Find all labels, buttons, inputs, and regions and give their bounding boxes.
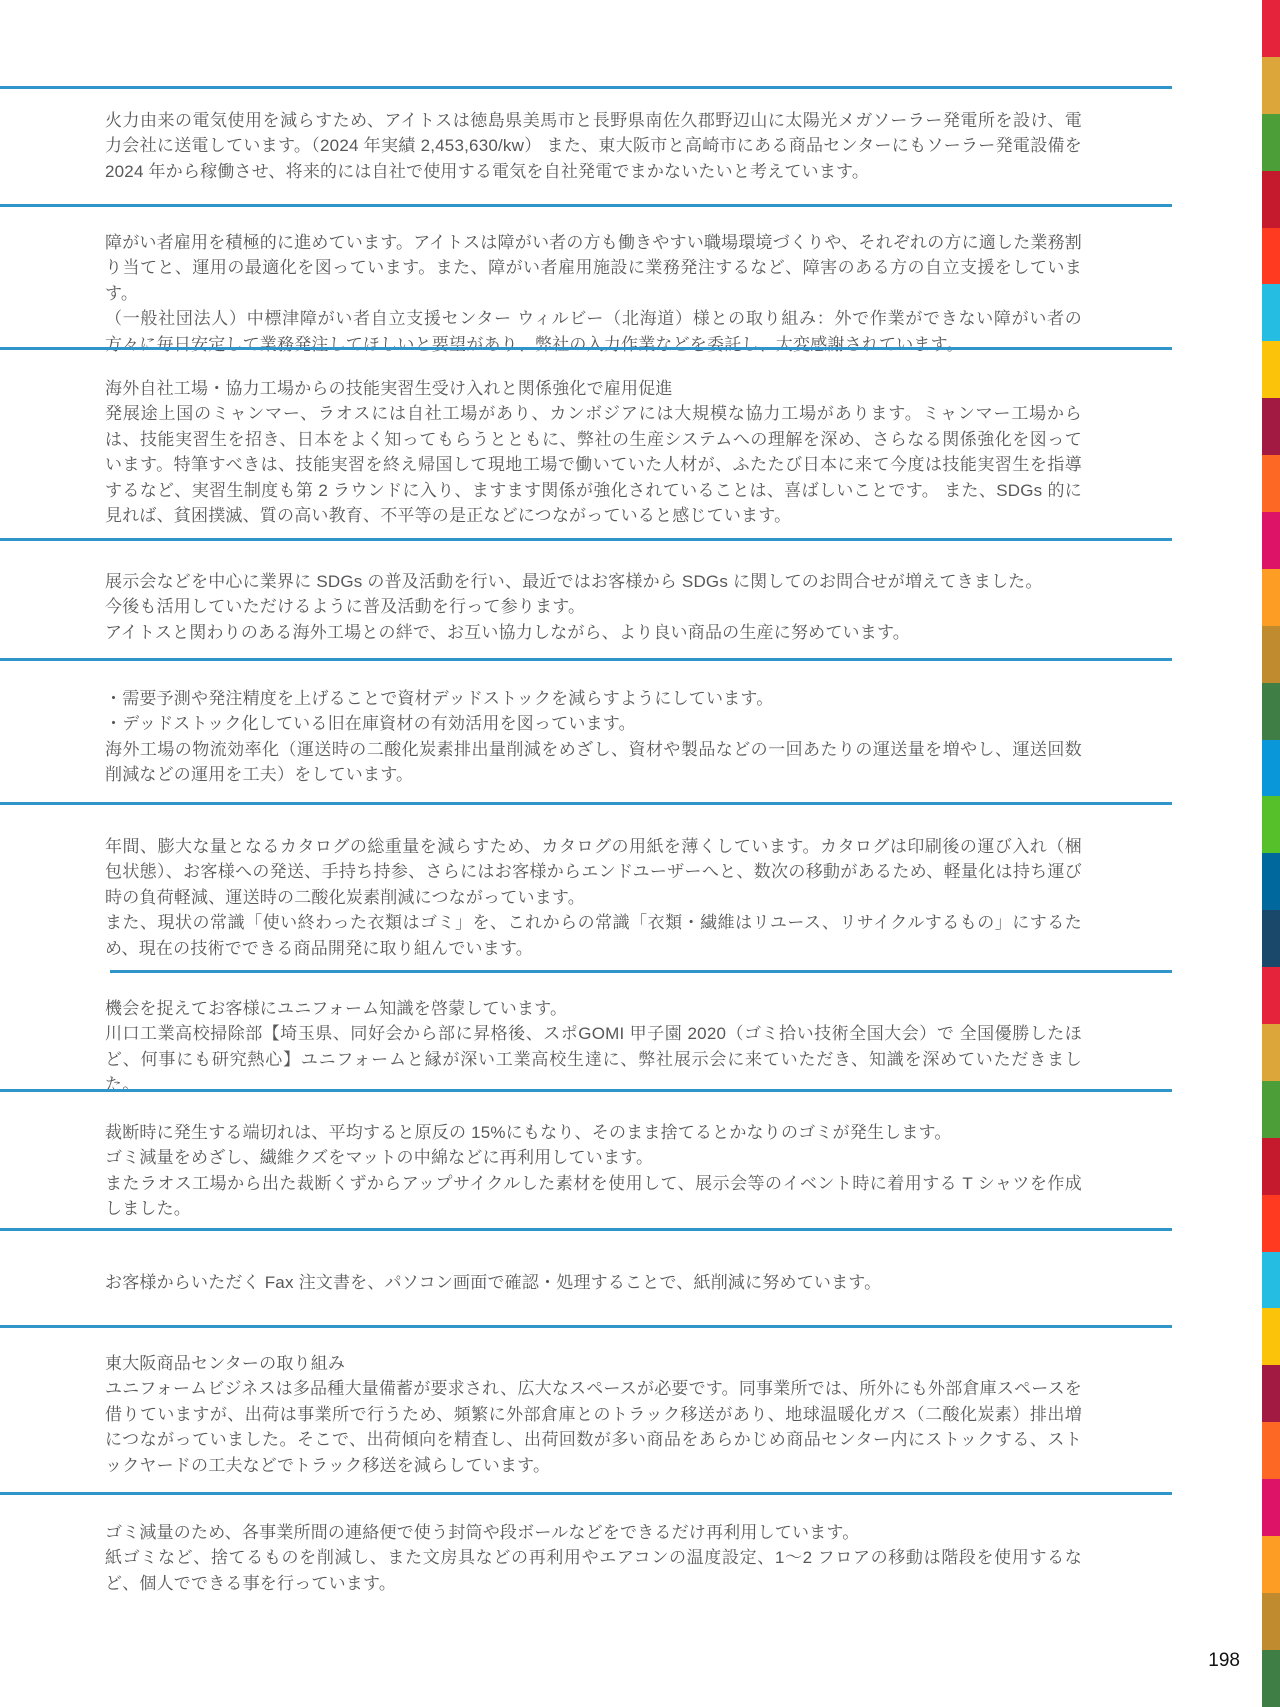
sdg-color-square <box>1262 1252 1280 1309</box>
sdg-color-square <box>1262 1422 1280 1479</box>
paragraph: 火力由来の電気使用を減らすため、アイトスは徳島県美馬市と長野県南佐久郡野辺山に太… <box>105 108 1082 184</box>
section-paragraphs: 東大阪商品センターの取り組みユニフォームビジネスは多品種大量備蓄が要求され、広大… <box>105 1351 1082 1478</box>
section-divider <box>0 802 1172 805</box>
sdg-color-square <box>1262 1593 1280 1650</box>
paragraph: 海外自社工場・協力工場からの技能実習生受け入れと関係強化で雇用促進 <box>105 376 1082 401</box>
section-paragraphs: 海外自社工場・協力工場からの技能実習生受け入れと関係強化で雇用促進発展途上国のミ… <box>105 376 1082 528</box>
sdg-color-square <box>1262 1024 1280 1081</box>
section-paragraphs: ・需要予測や発注精度を上げることで資材デッドストックを減らすようにしています。・… <box>105 686 1082 788</box>
sdg-color-square <box>1262 0 1280 57</box>
section-divider <box>0 1089 1172 1092</box>
paragraph: ゴミ減量をめざし、繊維クズをマットの中綿などに再利用しています。 <box>105 1145 1082 1170</box>
sdg-color-square <box>1262 1365 1280 1422</box>
section-divider <box>0 1325 1172 1328</box>
sdg-color-square <box>1262 228 1280 285</box>
sdg-color-square <box>1262 455 1280 512</box>
paragraph: 裁断時に発生する端切れは、平均すると原反の 15%にもなり、そのまま捨てるとかな… <box>105 1120 1082 1145</box>
section-divider <box>0 86 1172 89</box>
sdg-color-square <box>1262 853 1280 910</box>
section-divider <box>0 658 1172 661</box>
paragraph: 今後も活用していただけるように普及活動を行って参ります。 <box>105 594 1082 619</box>
sdg-color-square <box>1262 1138 1280 1195</box>
paragraph: 発展途上国のミャンマー、ラオスには自社工場があり、カンボジアには大規模な協力工場… <box>105 401 1082 528</box>
sdg-color-square <box>1262 1650 1280 1707</box>
sdg-color-stripe <box>1262 0 1280 1707</box>
section-paragraphs: 障がい者雇用を積極的に進めています。アイトスは障がい者の方も働きやすい職場環境づ… <box>105 230 1082 357</box>
sdg-color-square <box>1262 341 1280 398</box>
sdg-color-square <box>1262 1081 1280 1138</box>
sdg-color-square <box>1262 1308 1280 1365</box>
paragraph: 紙ゴミなど、捨てるものを削減し、また文房具などの再利用やエアコンの温度設定、1～… <box>105 1545 1082 1596</box>
sdg-color-square <box>1262 910 1280 967</box>
section-paragraphs: 機会を捉えてお客様にユニフォーム知識を啓蒙しています。川口工業高校掃除部【埼玉県… <box>105 996 1082 1098</box>
paragraph: 川口工業高校掃除部【埼玉県、同好会から部に昇格後、スポGOMI 甲子園 2020… <box>105 1021 1082 1097</box>
sdg-color-square <box>1262 1536 1280 1593</box>
page-number: 198 <box>1208 1650 1240 1672</box>
sdg-color-square <box>1262 740 1280 797</box>
paragraph: 東大阪商品センターの取り組み <box>105 1351 1082 1376</box>
paragraph: ユニフォームビジネスは多品種大量備蓄が要求され、広大なスペースが必要です。同事業… <box>105 1376 1082 1478</box>
sdg-color-square <box>1262 284 1280 341</box>
section-paragraphs: 火力由来の電気使用を減らすため、アイトスは徳島県美馬市と長野県南佐久郡野辺山に太… <box>105 108 1082 184</box>
sdg-color-square <box>1262 967 1280 1024</box>
paragraph: 展示会などを中心に業界に SDGs の普及活動を行い、最近ではお客様から SDG… <box>105 569 1082 594</box>
paragraph: 機会を捉えてお客様にユニフォーム知識を啓蒙しています。 <box>105 996 1082 1021</box>
sdg-color-square <box>1262 569 1280 626</box>
report-page: 火力由来の電気使用を減らすため、アイトスは徳島県美馬市と長野県南佐久郡野辺山に太… <box>0 0 1280 1707</box>
sdg-color-square <box>1262 114 1280 171</box>
section-paragraphs: ゴミ減量のため、各事業所間の連絡便で使う封筒や段ボールなどをできるだけ再利用して… <box>105 1520 1082 1596</box>
section-paragraphs: 裁断時に発生する端切れは、平均すると原反の 15%にもなり、そのまま捨てるとかな… <box>105 1120 1082 1222</box>
section-divider <box>0 204 1172 207</box>
sdg-color-square <box>1262 398 1280 455</box>
paragraph: また、現状の常識「使い終わった衣類はゴミ」を、これからの常識「衣類・繊維はリユー… <box>105 910 1082 961</box>
section-divider <box>0 347 1172 350</box>
sdg-color-square <box>1262 626 1280 683</box>
sdg-color-square <box>1262 796 1280 853</box>
paragraph: アイトスと関わりのある海外工場との絆で、お互い協力しながら、より良い商品の生産に… <box>105 620 1082 645</box>
section-paragraphs: お客様からいただく Fax 注文書を、パソコン画面で確認・処理することで、紙削減… <box>105 1270 1082 1295</box>
paragraph: ゴミ減量のため、各事業所間の連絡便で使う封筒や段ボールなどをできるだけ再利用して… <box>105 1520 1082 1545</box>
paragraph: 海外工場の物流効率化（運送時の二酸化炭素排出量削減をめざし、資材や製品などの一回… <box>105 737 1082 788</box>
section-divider <box>0 1492 1172 1495</box>
paragraph: 障がい者雇用を積極的に進めています。アイトスは障がい者の方も働きやすい職場環境づ… <box>105 230 1082 306</box>
section-paragraphs: 年間、膨大な量となるカタログの総重量を減らすため、カタログの用紙を薄くしています… <box>105 834 1082 961</box>
paragraph: ・需要予測や発注精度を上げることで資材デッドストックを減らすようにしています。 <box>105 686 1082 711</box>
sdg-color-square <box>1262 1479 1280 1536</box>
sdg-color-square <box>1262 57 1280 114</box>
paragraph: またラオス工場から出た裁断くずからアップサイクルした素材を使用して、展示会等のイ… <box>105 1171 1082 1222</box>
paragraph: お客様からいただく Fax 注文書を、パソコン画面で確認・処理することで、紙削減… <box>105 1270 1082 1295</box>
sdg-color-square <box>1262 512 1280 569</box>
sdg-color-square <box>1262 683 1280 740</box>
section-divider <box>0 538 1172 541</box>
section-divider <box>110 970 1172 973</box>
sdg-color-square <box>1262 171 1280 228</box>
paragraph: ・デッドストック化している旧在庫資材の有効活用を図っています。 <box>105 711 1082 736</box>
section-paragraphs: 展示会などを中心に業界に SDGs の普及活動を行い、最近ではお客様から SDG… <box>105 569 1082 645</box>
paragraph: 年間、膨大な量となるカタログの総重量を減らすため、カタログの用紙を薄くしています… <box>105 834 1082 910</box>
sdg-color-square <box>1262 1195 1280 1252</box>
section-divider <box>0 1228 1172 1231</box>
